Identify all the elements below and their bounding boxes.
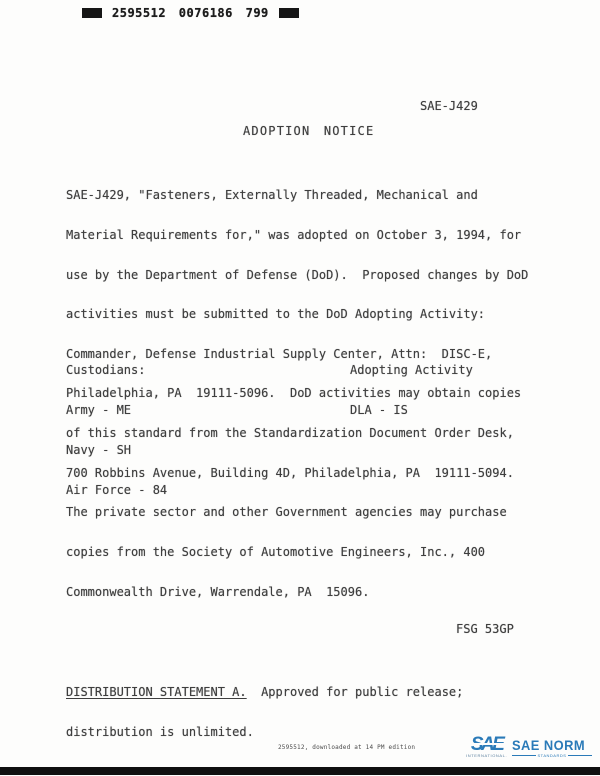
- custodian-item-air-force: Air Force - 84: [66, 484, 167, 497]
- scan-code-row: 2595512 0076186 799: [82, 7, 299, 19]
- sae-international-label: INTERNATIONAL.: [466, 753, 507, 758]
- paragraph-line: activities must be submitted to the DoD …: [66, 308, 528, 321]
- sae-norm-text: SAE NORM: [512, 738, 585, 752]
- sae-logo-mark: SAE INTERNATIONAL.: [466, 736, 507, 758]
- fsg-code: FSG 53GP: [456, 622, 514, 636]
- scan-number: 2595512 0076186 799: [112, 6, 269, 20]
- distribution-statement-text: Approved for public release;: [247, 685, 464, 699]
- footer-microprint: 2595512, downloaded at 14 PM edition: [278, 744, 438, 751]
- tagline-dash-left: [512, 755, 535, 756]
- custodians-heading: Custodians:: [66, 364, 167, 377]
- distribution-statement-line2: distribution is unlimited.: [66, 726, 463, 739]
- custodian-item-navy: Navy - SH: [66, 444, 167, 457]
- paragraph-line: Commonwealth Drive, Warrendale, PA 15096…: [66, 586, 528, 599]
- sae-logo-stripe: [466, 743, 507, 745]
- paragraph-line: use by the Department of Defense (DoD). …: [66, 269, 528, 282]
- page-title: ADOPTION NOTICE: [243, 124, 374, 138]
- document-reference: SAE-J429: [420, 99, 478, 113]
- tagline-text: STANDARDS: [538, 753, 567, 758]
- tagline-dash-right: [568, 755, 591, 756]
- scanned-document-page: 2595512 0076186 799 SAE-J429 ADOPTION NO…: [0, 0, 600, 776]
- adopting-activity-heading: Adopting Activity: [350, 364, 473, 377]
- paragraph-line: copies from the Society of Automotive En…: [66, 546, 528, 559]
- distribution-statement-label: DISTRIBUTION STATEMENT A.: [66, 685, 247, 699]
- sae-norm-logo: SAE INTERNATIONAL. SAE NORM STANDARDS: [466, 736, 594, 762]
- barcode-block-left: [82, 8, 102, 18]
- adopting-activity-block: Adopting Activity DLA - IS: [350, 337, 473, 444]
- custodians-block: Custodians: Army - ME Navy - SH Air Forc…: [66, 337, 167, 525]
- custodian-item-army: Army - ME: [66, 404, 167, 417]
- adopting-activity-value: DLA - IS: [350, 404, 473, 417]
- bottom-scan-bar: [0, 767, 600, 775]
- paragraph-line: Material Requirements for," was adopted …: [66, 229, 528, 242]
- sae-norm-wordmark: SAE NORM STANDARDS: [512, 736, 591, 758]
- paragraph-line: SAE-J429, "Fasteners, Externally Threade…: [66, 189, 528, 202]
- barcode-block-right: [279, 8, 299, 18]
- sae-norm-tagline: STANDARDS: [512, 753, 591, 758]
- distribution-statement-line1: DISTRIBUTION STATEMENT A. Approved for p…: [66, 686, 463, 699]
